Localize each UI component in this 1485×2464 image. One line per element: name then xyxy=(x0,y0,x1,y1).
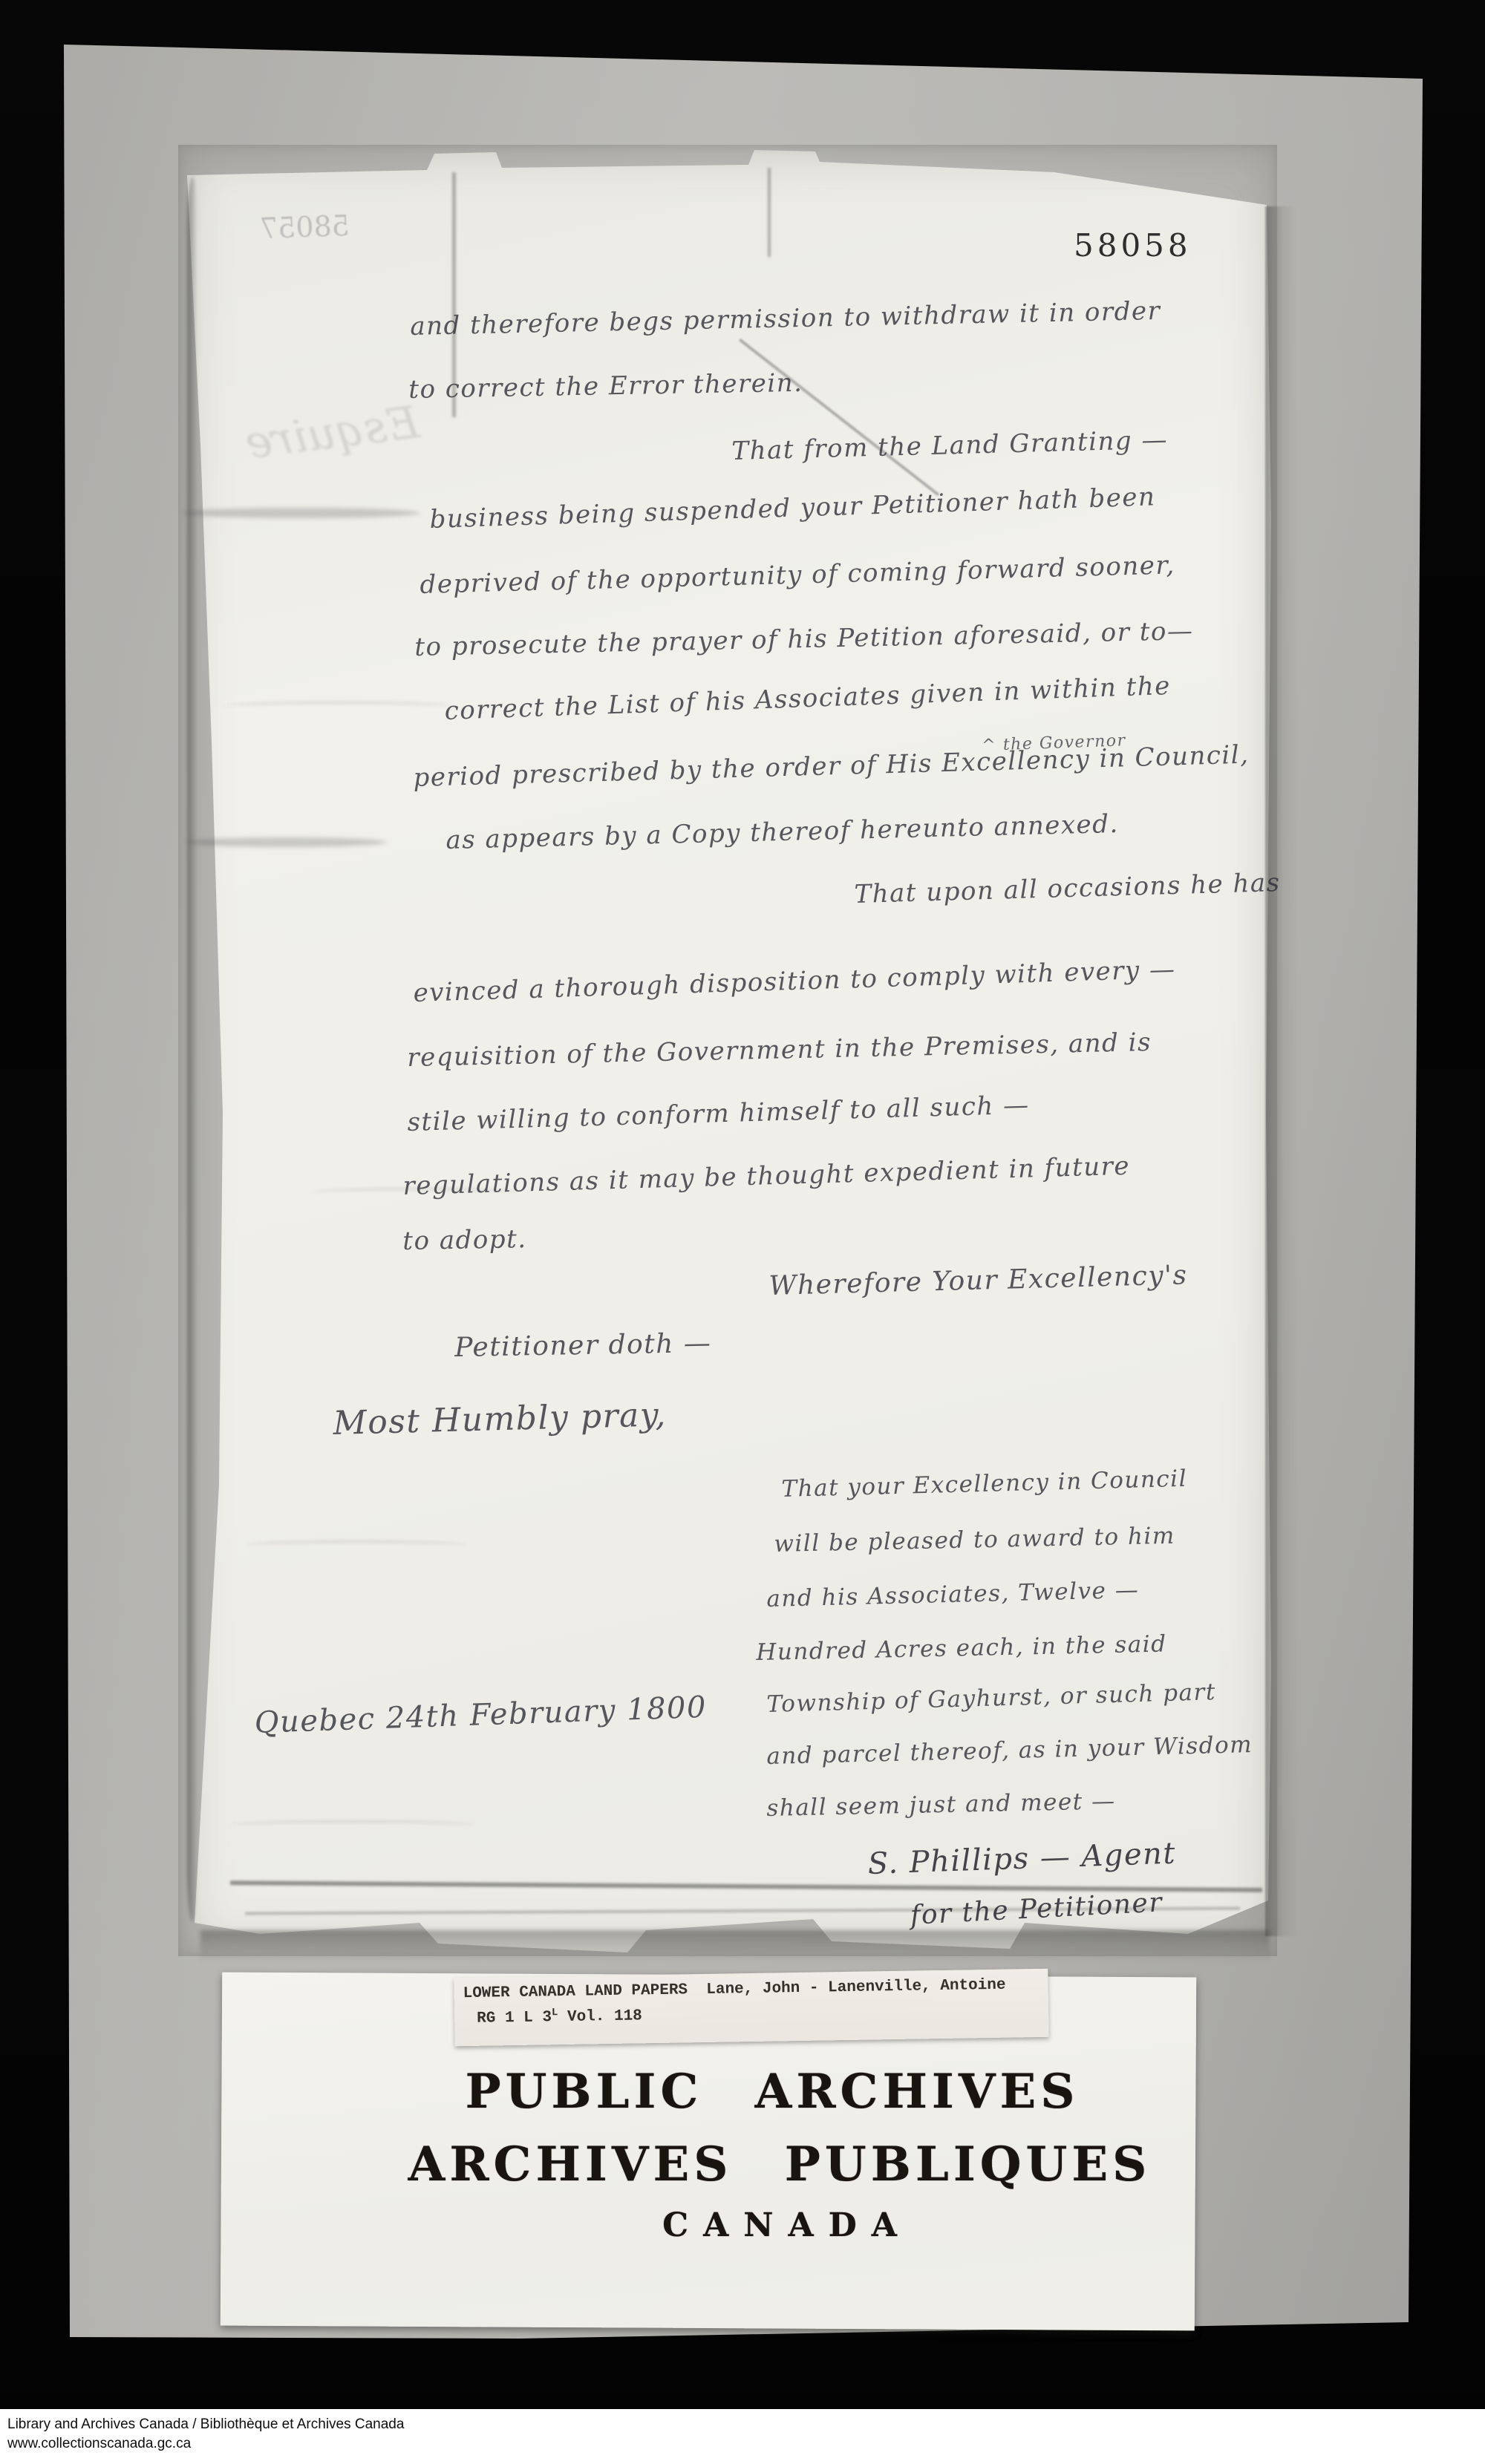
catalog-label-line2: RG 1 L 3L Vol. 118 xyxy=(477,1999,1048,2027)
ink-smudge xyxy=(182,508,420,518)
catalog-volume: Vol. 118 xyxy=(567,2007,642,2026)
catalog-series-title: LOWER CANADA LAND PAPERS xyxy=(463,1981,688,2002)
footer-strip: Library and Archives Canada / Bibliothèq… xyxy=(0,2409,1485,2464)
page-right-shadow xyxy=(1265,206,1298,1936)
page-left-torn-edge xyxy=(187,177,198,1921)
vertical-fold-crease xyxy=(768,168,771,257)
ink-smudge xyxy=(186,837,386,847)
catalog-label: LOWER CANADA LAND PAPERS Lane, John - La… xyxy=(454,1969,1048,2047)
footer-url: www.collectionscanada.gc.ca xyxy=(7,2436,191,2452)
stamp-public-archives: PUBLIC ARCHIVES xyxy=(0,2064,1485,2120)
stamp-canada: CANADA xyxy=(0,2206,1485,2244)
manuscript-line: to adopt. xyxy=(402,1224,527,1256)
catalog-reference: RG 1 L 3 xyxy=(477,2009,552,2027)
manuscript-line: Petitioner doth — xyxy=(454,1328,712,1363)
scan-canvas: 58057 Esquire 58058 and therefore begs p… xyxy=(0,0,1485,2464)
verso-ghost-line xyxy=(230,1820,475,1830)
catalog-reference-sup: L xyxy=(552,2007,558,2019)
verso-ghost-number: 58057 xyxy=(259,209,350,245)
stamp-archives-publiques: ARCHIVES PUBLIQUES xyxy=(0,2137,1485,2192)
catalog-label-line1: LOWER CANADA LAND PAPERS Lane, John - La… xyxy=(463,1976,1048,2002)
footer-attribution: Library and Archives Canada / Bibliothèq… xyxy=(7,2416,404,2433)
catalog-name-range: Lane, John - Lanenville, Antoine xyxy=(706,1977,1006,1999)
verso-ghost-line xyxy=(223,702,453,711)
verso-ghost-line xyxy=(245,1540,468,1550)
page-bottom-shadow xyxy=(200,1930,1270,1961)
page-number-stamp: 58058 xyxy=(1074,227,1192,264)
